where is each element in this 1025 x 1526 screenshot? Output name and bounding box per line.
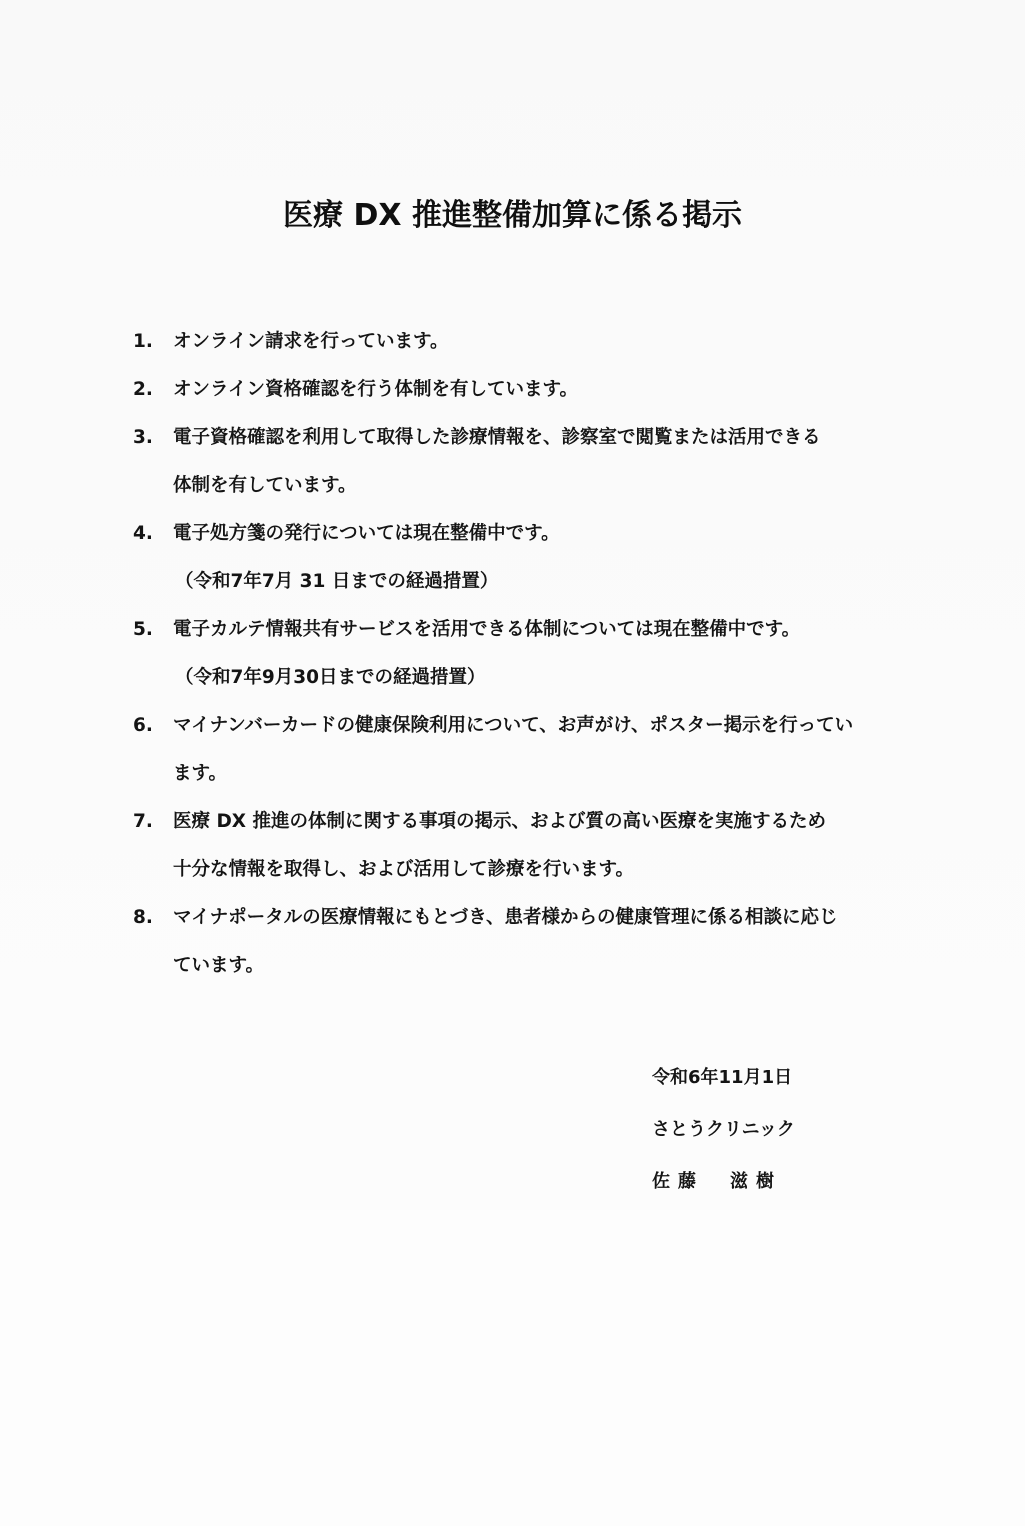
item-transition-note: （令和7年9月30日までの経過措置） xyxy=(175,654,913,702)
item-text: マイナンバーカードの健康保険利用について、お声がけ、ポスター掲示を行ってい xyxy=(173,702,913,750)
list-item-5: 5. 電子カルテ情報共有サービスを活用できる体制については現在整備中です。 （令… xyxy=(133,606,913,702)
item-text: 電子処方箋の発行については現在整備中です。 xyxy=(173,510,913,558)
item-text: 電子カルテ情報共有サービスを活用できる体制については現在整備中です。 xyxy=(173,606,913,654)
item-text-continued: 十分な情報を取得し、および活用して診療を行います。 xyxy=(173,846,913,894)
item-text-continued: ています。 xyxy=(173,942,913,990)
signature-block: 令和6年11月1日 さとうクリニック 佐藤 滋樹 xyxy=(652,1052,952,1208)
item-text: オンライン請求を行っています。 xyxy=(173,318,913,366)
scanned-page: 医療 DX 推進整備加算に係る掲示 1. オンライン請求を行っています。 2. … xyxy=(0,0,1025,1526)
list-item-8: 8. マイナポータルの医療情報にもとづき、患者様からの健康管理に係る相談に応じ … xyxy=(133,894,913,990)
list-item-4: 4. 電子処方箋の発行については現在整備中です。 （令和7年7月 31 日までの… xyxy=(133,510,913,606)
item-number: 4. xyxy=(133,510,173,558)
item-text: マイナポータルの医療情報にもとづき、患者様からの健康管理に係る相談に応じ xyxy=(173,894,913,942)
item-number: 3. xyxy=(133,414,173,462)
item-number: 2. xyxy=(133,366,173,414)
item-number: 7. xyxy=(133,798,173,846)
item-text-continued: ます。 xyxy=(173,750,913,798)
list-item-3: 3. 電子資格確認を利用して取得した診療情報を、診察室で閲覧または活用できる 体… xyxy=(133,414,913,510)
item-number: 6. xyxy=(133,702,173,750)
item-text: 電子資格確認を利用して取得した診療情報を、診察室で閲覧または活用できる xyxy=(173,414,913,462)
clinic-name: さとうクリニック xyxy=(652,1104,952,1156)
item-text: 医療 DX 推進の体制に関する事項の掲示、および質の高い医療を実施するため xyxy=(173,798,913,846)
list-item-1: 1. オンライン請求を行っています。 xyxy=(133,318,913,366)
doctor-name: 佐藤 滋樹 xyxy=(652,1156,952,1208)
list-item-6: 6. マイナンバーカードの健康保険利用について、お声がけ、ポスター掲示を行ってい… xyxy=(133,702,913,798)
item-number: 5. xyxy=(133,606,173,654)
item-transition-note: （令和7年7月 31 日までの経過措置） xyxy=(175,558,913,606)
list-item-2: 2. オンライン資格確認を行う体制を有しています。 xyxy=(133,366,913,414)
item-number: 8. xyxy=(133,894,173,942)
item-text: オンライン資格確認を行う体制を有しています。 xyxy=(173,366,913,414)
item-number: 1. xyxy=(133,318,173,366)
notice-list: 1. オンライン請求を行っています。 2. オンライン資格確認を行う体制を有して… xyxy=(133,318,913,990)
document-title: 医療 DX 推進整備加算に係る掲示 xyxy=(0,190,1025,234)
issue-date: 令和6年11月1日 xyxy=(652,1052,952,1104)
list-item-7: 7. 医療 DX 推進の体制に関する事項の掲示、および質の高い医療を実施するため… xyxy=(133,798,913,894)
item-text-continued: 体制を有しています。 xyxy=(173,462,913,510)
